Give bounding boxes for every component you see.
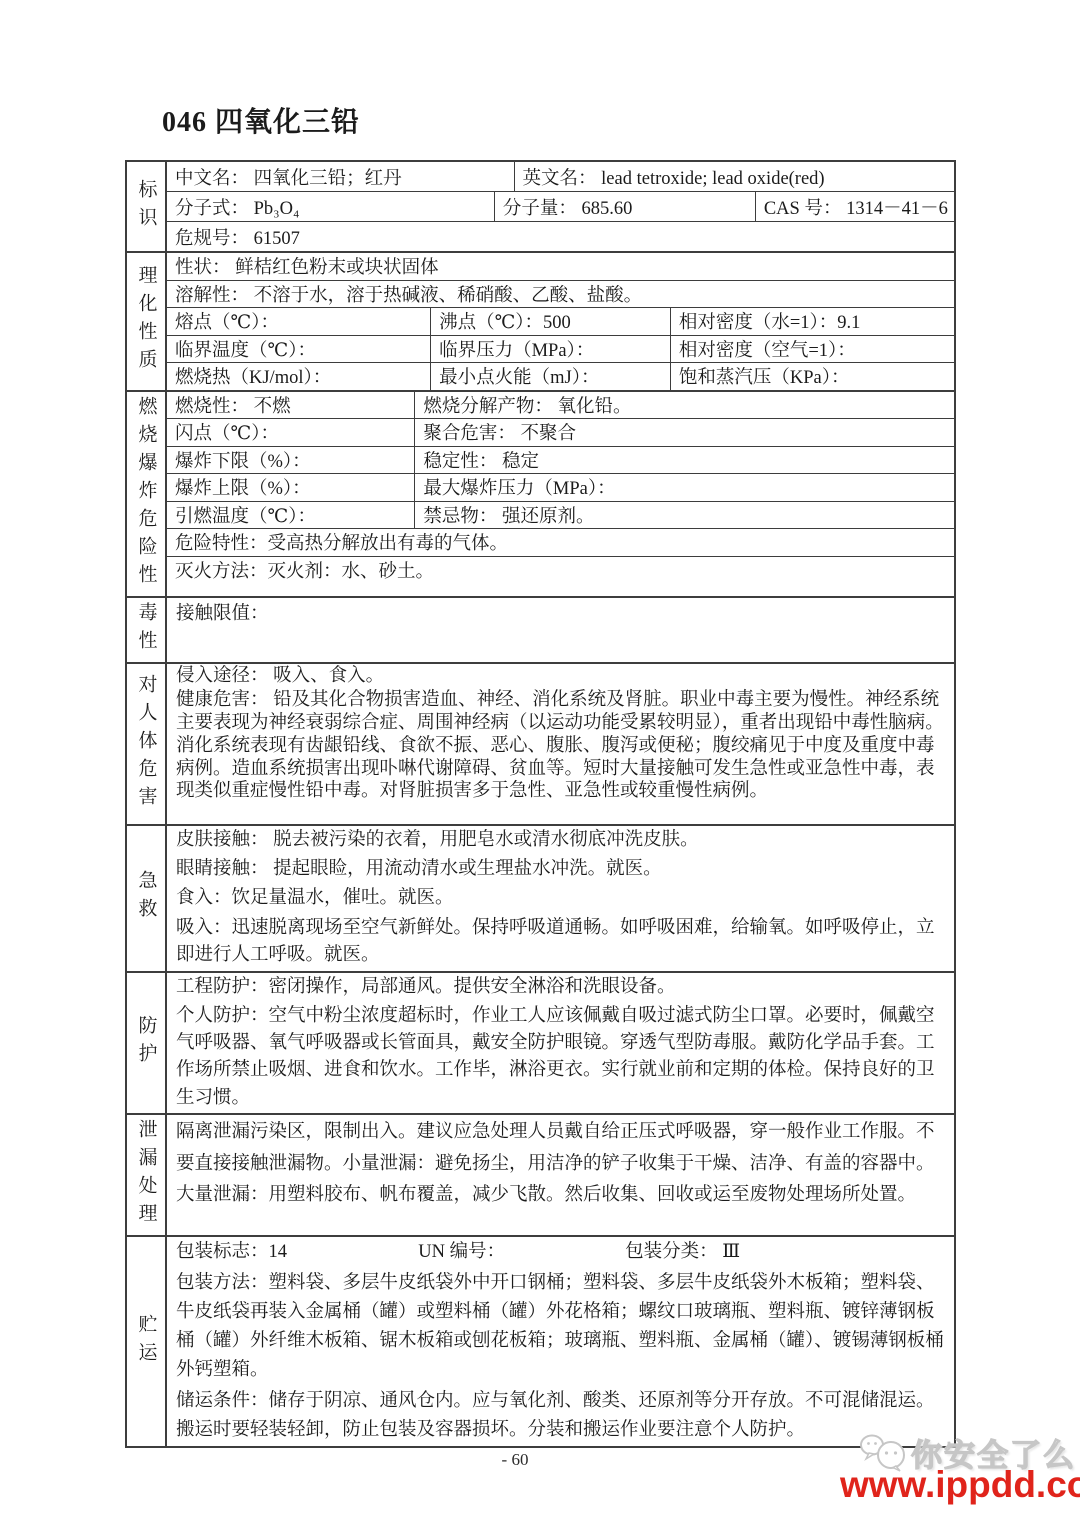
table-row: 熔点（℃）：沸点（℃）：500相对密度（水=1）：9.1 xyxy=(167,307,954,335)
table-row: 分子式： Pb₃O₄分子量： 685.60CAS 号： 1314－41－6 xyxy=(167,191,954,221)
table-row: 接触限值： xyxy=(167,598,954,629)
section-label-fanghu: 防护 xyxy=(127,973,167,1113)
section-label-zhuyun: 贮运 xyxy=(127,1237,167,1446)
watermark-url: www.ippdd.com xyxy=(840,1467,1080,1503)
table-cell: 眼睛接触： 提起眼睑，用流动清水或生理盐水冲洗。就医。 xyxy=(167,855,954,884)
table-cell: 食入：饮足量温水，催吐。就医。 xyxy=(167,884,954,913)
table-row: 眼睛接触： 提起眼睑，用流动清水或生理盐水冲洗。就医。 xyxy=(167,855,954,884)
table-cell: 燃烧热（KJ/mol）： xyxy=(167,363,430,390)
table-row: 健康危害： 铅及其化合物损害造血、神经、消化系统及肾脏。职业中毒主要为慢性。神经… xyxy=(167,688,954,804)
table-row: 引燃温度（℃）：禁忌物： 强还原剂。 xyxy=(167,501,954,529)
page-title: 046 四氧化三铅 xyxy=(162,100,360,140)
table-cell: 沸点（℃）：500 xyxy=(430,308,670,335)
table-cell: 健康危害： 铅及其化合物损害造血、神经、消化系统及肾脏。职业中毒主要为慢性。神经… xyxy=(167,688,954,804)
table-row: 溶解性： 不溶于水，溶于热碱液、稀硝酸、乙酸、盐酸。 xyxy=(167,280,954,308)
table-row: 灭火方法：灭火剂：水、砂土。 xyxy=(167,556,954,584)
section-body: 隔离泄漏污染区，限制出入。建议应急处理人员戴自给正压式呼吸器，穿一般作业工作服。… xyxy=(167,1115,954,1235)
table-cell: 临界压力（MPa）： xyxy=(430,336,670,363)
table-row: 吸入：迅速脱离现场至空气新鲜处。保持呼吸道通畅。如呼吸困难，给输氧。如呼吸停止，… xyxy=(167,914,954,971)
table-cell: 包装分类： Ⅲ xyxy=(616,1237,1008,1268)
watermark: 你安全了么 www.ippdd.com xyxy=(840,1430,1080,1503)
section-body: 中文名： 四氧化三铅；红丹英文名： lead tetroxide; lead o… xyxy=(167,162,954,251)
table-cell: 危险特性：受高热分解放出有毒的气体。 xyxy=(167,529,970,556)
table-cell: 皮肤接触： 脱去被污染的衣着，用肥皂水或清水彻底冲洗皮肤。 xyxy=(167,826,954,855)
table-cell: 个人防护：空气中粉尘浓度超标时，作业工人应该佩戴自吸过滤式防尘口罩。必要时，佩戴… xyxy=(167,1002,954,1113)
table-cell: 中文名： 四氧化三铅；红丹 xyxy=(167,162,514,191)
table-cell: 侵入途径： 吸入、食入。 xyxy=(167,664,954,689)
table-cell: 分子式： Pb₃O₄ xyxy=(167,192,494,221)
section-body: 包装标志：14UN 编号：包装分类： Ⅲ包装方法：塑料袋、多层牛皮纸袋外中开口钢… xyxy=(167,1237,954,1446)
table-row: 包装方法：塑料袋、多层牛皮纸袋外中开口钢桶；塑料袋、多层牛皮纸袋外木板箱；塑料袋… xyxy=(167,1268,954,1386)
table-cell: 爆炸上限（%）： xyxy=(167,474,414,501)
section-lihua: 理化性质性状： 鲜桔红色粉末或块状固体溶解性： 不溶于水，溶于热碱液、稀硝酸、乙… xyxy=(127,251,954,390)
table-row: 中文名： 四氧化三铅；红丹英文名： lead tetroxide; lead o… xyxy=(167,162,954,191)
table-cell: 包装标志：14 xyxy=(167,1237,409,1268)
table-cell: 燃烧分解产物： 氧化铅。 xyxy=(414,392,987,419)
table-cell: 分子量： 685.60 xyxy=(494,192,755,221)
table-cell: 隔离泄漏污染区，限制出入。建议应急处理人员戴自给正压式呼吸器，穿一般作业工作服。… xyxy=(167,1115,954,1213)
table-row: 危险特性：受高热分解放出有毒的气体。 xyxy=(167,528,954,556)
table-cell: 闪点（℃）： xyxy=(167,419,414,446)
table-row: 爆炸下限（%）：稳定性： 稳定 xyxy=(167,446,954,474)
table-cell: 相对密度（空气=1）： xyxy=(670,336,1004,363)
table-cell: 接触限值： xyxy=(167,598,954,629)
table-row: 燃烧热（KJ/mol）：最小点火能（mJ）：饱和蒸汽压（KPa）： xyxy=(167,362,954,390)
table-row: 包装标志：14UN 编号：包装分类： Ⅲ xyxy=(167,1237,954,1268)
section-body: 皮肤接触： 脱去被污染的衣着，用肥皂水或清水彻底冲洗皮肤。眼睛接触： 提起眼睑，… xyxy=(167,826,954,971)
section-zhuyun: 贮运包装标志：14UN 编号：包装分类： Ⅲ包装方法：塑料袋、多层牛皮纸袋外中开… xyxy=(127,1235,954,1446)
table-cell: 临界温度（℃）： xyxy=(167,336,430,363)
section-body: 接触限值： xyxy=(167,598,954,662)
section-label-xielou: 泄漏处理 xyxy=(127,1115,167,1235)
table-row: 隔离泄漏污染区，限制出入。建议应急处理人员戴自给正压式呼吸器，穿一般作业工作服。… xyxy=(167,1115,954,1213)
section-label-duxing: 毒性 xyxy=(127,598,167,662)
table-cell: CAS 号： 1314－41－6 xyxy=(755,192,1004,221)
section-label-ranshao: 燃烧爆炸危险性 xyxy=(127,392,167,596)
section-label-lihua: 理化性质 xyxy=(127,253,167,390)
table-row: 侵入途径： 吸入、食入。 xyxy=(167,664,954,689)
table-cell: 熔点（℃）： xyxy=(167,308,430,335)
table-cell: 最大爆炸压力（MPa）： xyxy=(414,474,987,501)
table-row: 爆炸上限（%）：最大爆炸压力（MPa）： xyxy=(167,473,954,501)
table-row: 燃烧性： 不燃燃烧分解产物： 氧化铅。 xyxy=(167,392,954,419)
table-cell: 储运条件：储存于阴凉、通风仓内。应与氧化剂、酸类、还原剂等分开存放。不可混储混运… xyxy=(167,1386,954,1446)
table-cell: 性状： 鲜桔红色粉末或块状固体 xyxy=(167,253,970,280)
table-cell: 爆炸下限（%）： xyxy=(167,447,414,474)
section-renti: 对人体危害侵入途径： 吸入、食入。健康危害： 铅及其化合物损害造血、神经、消化系… xyxy=(127,662,954,824)
table-row: 食入：饮足量温水，催吐。就医。 xyxy=(167,884,954,913)
table-row: 危规号： 61507 xyxy=(167,221,954,251)
table-cell: 工程防护：密闭操作，局部通风。提供安全淋浴和洗眼设备。 xyxy=(167,973,954,1002)
section-biaoshi: 标识中文名： 四氧化三铅；红丹英文名： lead tetroxide; lead… xyxy=(127,162,954,251)
table-cell: 饱和蒸汽压（KPa）： xyxy=(670,363,1004,390)
table-cell: 燃烧性： 不燃 xyxy=(167,392,414,419)
table-cell: 英文名： lead tetroxide; lead oxide(red) xyxy=(514,162,987,191)
table-row: 性状： 鲜桔红色粉末或块状固体 xyxy=(167,253,954,280)
table-cell: UN 编号： xyxy=(409,1237,616,1268)
section-jijiu: 急救皮肤接触： 脱去被污染的衣着，用肥皂水或清水彻底冲洗皮肤。眼睛接触： 提起眼… xyxy=(127,824,954,971)
table-cell: 包装方法：塑料袋、多层牛皮纸袋外中开口钢桶；塑料袋、多层牛皮纸袋外木板箱；塑料袋… xyxy=(167,1268,954,1386)
table-cell: 灭火方法：灭火剂：水、砂土。 xyxy=(167,557,970,584)
document-page: 046 四氧化三铅 标识中文名： 四氧化三铅；红丹英文名： lead tetro… xyxy=(0,0,1080,1527)
table-cell: 稳定性： 稳定 xyxy=(414,447,987,474)
table-cell: 溶解性： 不溶于水，溶于热碱液、稀硝酸、乙酸、盐酸。 xyxy=(167,281,970,308)
table-cell: 相对密度（水=1）：9.1 xyxy=(670,308,1004,335)
section-body: 侵入途径： 吸入、食入。健康危害： 铅及其化合物损害造血、神经、消化系统及肾脏。… xyxy=(167,664,954,824)
section-body: 燃烧性： 不燃燃烧分解产物： 氧化铅。闪点（℃）：聚合危害： 不聚合爆炸下限（%… xyxy=(167,392,954,596)
section-ranshao: 燃烧爆炸危险性燃烧性： 不燃燃烧分解产物： 氧化铅。闪点（℃）：聚合危害： 不聚… xyxy=(127,390,954,596)
table-cell: 聚合危害： 不聚合 xyxy=(414,419,987,446)
table-cell: 引燃温度（℃）： xyxy=(167,502,414,529)
table-row: 个人防护：空气中粉尘浓度超标时，作业工人应该佩戴自吸过滤式防尘口罩。必要时，佩戴… xyxy=(167,1002,954,1113)
table-cell: 禁忌物： 强还原剂。 xyxy=(414,502,987,529)
table-cell: 吸入：迅速脱离现场至空气新鲜处。保持呼吸道通畅。如呼吸困难，给输氧。如呼吸停止，… xyxy=(167,914,954,971)
section-label-jijiu: 急救 xyxy=(127,826,167,971)
section-xielou: 泄漏处理隔离泄漏污染区，限制出入。建议应急处理人员戴自给正压式呼吸器，穿一般作业… xyxy=(127,1113,954,1235)
section-body: 性状： 鲜桔红色粉末或块状固体溶解性： 不溶于水，溶于热碱液、稀硝酸、乙酸、盐酸… xyxy=(167,253,954,390)
table-row: 储运条件：储存于阴凉、通风仓内。应与氧化剂、酸类、还原剂等分开存放。不可混储混运… xyxy=(167,1386,954,1446)
table-cell: 危规号： 61507 xyxy=(167,222,970,251)
table-row: 皮肤接触： 脱去被污染的衣着，用肥皂水或清水彻底冲洗皮肤。 xyxy=(167,826,954,855)
table-cell: 最小点火能（mJ）： xyxy=(430,363,670,390)
section-body: 工程防护：密闭操作，局部通风。提供安全淋浴和洗眼设备。个人防护：空气中粉尘浓度超… xyxy=(167,973,954,1113)
section-label-biaoshi: 标识 xyxy=(127,162,167,251)
section-label-renti: 对人体危害 xyxy=(127,664,167,824)
table-row: 工程防护：密闭操作，局部通风。提供安全淋浴和洗眼设备。 xyxy=(167,973,954,1002)
msds-table: 标识中文名： 四氧化三铅；红丹英文名： lead tetroxide; lead… xyxy=(125,160,956,1448)
table-row: 闪点（℃）：聚合危害： 不聚合 xyxy=(167,418,954,446)
table-row: 临界温度（℃）：临界压力（MPa）：相对密度（空气=1）： xyxy=(167,335,954,363)
section-duxing: 毒性接触限值： xyxy=(127,596,954,662)
section-fanghu: 防护工程防护：密闭操作，局部通风。提供安全淋浴和洗眼设备。个人防护：空气中粉尘浓… xyxy=(127,971,954,1113)
